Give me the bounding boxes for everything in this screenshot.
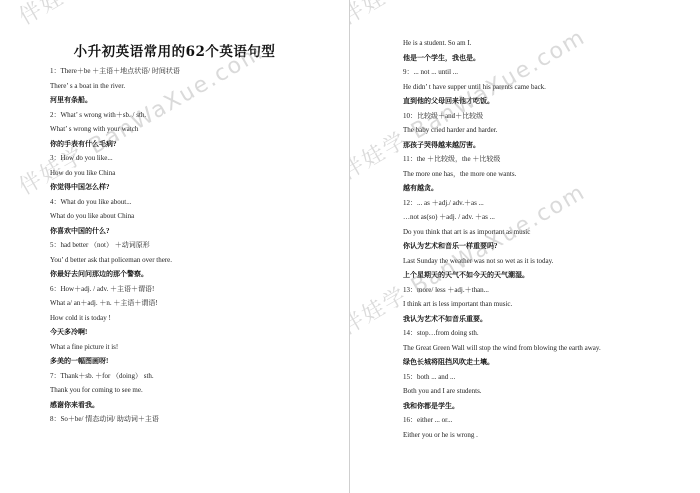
chinese-translation: 河里有条船。 (50, 97, 339, 104)
english-example: How cold it is today ! (50, 315, 339, 322)
english-example: The more one has，the more one wants. (403, 171, 690, 178)
left-page-content: 1：There＋be ＋主语＋地点状语/ 时间状语There’ s a boat… (50, 68, 339, 431)
english-example: The baby cried harder and harder. (403, 127, 690, 134)
english-example: How do you like China (50, 170, 339, 177)
english-example: Do you think that art is as important as… (403, 229, 690, 236)
english-example: He didn’ t have supper until his parents… (403, 84, 690, 91)
sentence-pattern: 2：What’ s wrong with＋sb. / sth. (50, 112, 339, 119)
english-example: He is a student. So am I. (403, 40, 690, 47)
sentence-pattern: 16：either ... or... (403, 417, 690, 424)
chinese-translation: 那孩子哭得越来越厉害。 (403, 142, 690, 149)
sentence-pattern: 14：stop…from doing sth. (403, 330, 690, 337)
english-example: The Great Green Wall will stop the wind … (403, 345, 690, 352)
sentence-pattern: 15：both ... and ... (403, 374, 690, 381)
chinese-translation: 绿色长城将阻挡风吹走土壤。 (403, 359, 690, 366)
chinese-translation: 你觉得中国怎么样? (50, 184, 339, 191)
sentence-pattern: 8：So＋be/ 情态动词/ 助动词＋主语 (50, 416, 339, 423)
chinese-translation: 越有越贪。 (403, 185, 690, 192)
sentence-pattern: 3：How do you like... (50, 155, 339, 162)
watermark: 伴娃学 BanWaXue.com (13, 0, 269, 31)
english-example: Last Sunday the weather was not so wet a… (403, 258, 690, 265)
sentence-pattern: 1：There＋be ＋主语＋地点状语/ 时间状语 (50, 68, 339, 75)
sentence-pattern: 11：the ＋比较级，the ＋比较级 (403, 156, 690, 163)
document-title: 小升初英语常用的62个英语句型 (0, 40, 349, 60)
sentence-pattern: 4：What do you like about... (50, 199, 339, 206)
english-example: What’ s wrong with your watch (50, 126, 339, 133)
chinese-translation: 今天多冷啊! (50, 329, 339, 336)
chinese-translation: 他是一个学生，我也是。 (403, 55, 690, 62)
chinese-translation: 你的手表有什么毛病? (50, 141, 339, 148)
sentence-pattern: 6：How＋adj. / adv. ＋主语＋谓语! (50, 286, 339, 293)
english-example: I think art is less important than music… (403, 301, 690, 308)
chinese-translation: 你喜欢中国的什么? (50, 228, 339, 235)
sentence-pattern: 7：Thank＋sb. ＋for （doing） sth. (50, 373, 339, 380)
chinese-translation: 我和你都是学生。 (403, 403, 690, 410)
english-example: What do you like about China (50, 213, 339, 220)
sentence-pattern: 10：比较级＋and＋比较级 (403, 113, 690, 120)
page-right: He is a student. So am I.他是一个学生，我也是。9：..… (350, 0, 700, 493)
english-example: Thank you for coming to see me. (50, 387, 339, 394)
english-example: There’ s a boat in the river. (50, 83, 339, 90)
chinese-translation: 你认为艺术和音乐一样重要吗? (403, 243, 690, 250)
chinese-translation: 直到他的父母回来他才吃饭。 (403, 98, 690, 105)
chinese-translation: 上个星期天的天气不如今天的天气潮湿。 (403, 272, 690, 279)
page-left: 小升初英语常用的62个英语句型 1：There＋be ＋主语＋地点状语/ 时间状… (0, 0, 350, 493)
sentence-pattern: 9：... not ... until ... (403, 69, 690, 76)
chinese-translation: 感谢你来看我。 (50, 402, 339, 409)
chinese-translation: 多美的一幅图画呀! (50, 358, 339, 365)
chinese-translation: 你最好去问问那边的那个警察。 (50, 271, 339, 278)
sentence-pattern: What a/ an＋adj. ＋n. ＋主语＋谓语! (50, 300, 339, 307)
sentence-pattern: 12：... as ＋adj./ adv.＋as ... (403, 200, 690, 207)
sentence-pattern: 13：more/ less ＋adj.＋than... (403, 287, 690, 294)
sentence-pattern: 5：had better （not） ＋动词原形 (50, 242, 339, 249)
sentence-pattern: …not as(so) ＋adj. / adv. ＋as ... (403, 214, 690, 221)
english-example: Either you or he is wrong . (403, 432, 690, 439)
document-spread: 小升初英语常用的62个英语句型 1：There＋be ＋主语＋地点状语/ 时间状… (0, 0, 700, 493)
english-example: Both you and I are students. (403, 388, 690, 395)
chinese-translation: 我认为艺术不如音乐重要。 (403, 316, 690, 323)
english-example: What a fine picture it is! (50, 344, 339, 351)
watermark: 伴娃学 BanWaXue.com (350, 0, 591, 31)
right-page-content: He is a student. So am I.他是一个学生，我也是。9：..… (403, 40, 690, 446)
english-example: You’ d better ask that policeman over th… (50, 257, 339, 264)
